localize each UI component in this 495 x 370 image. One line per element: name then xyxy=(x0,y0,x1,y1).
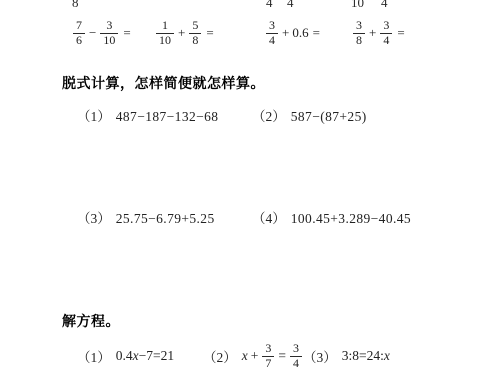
fraction-denominator: 6 xyxy=(73,33,85,47)
fraction: 3 4 xyxy=(380,19,392,46)
equation-problem-2: （2） x + 3 7 = 3 4 xyxy=(203,340,303,370)
operator-minus: − xyxy=(89,25,96,41)
fraction-numerator: 5 xyxy=(189,19,201,32)
section-heading-written-calculation: 脱式计算，怎样简便就怎样算。 xyxy=(62,75,265,92)
oral-problem-1: 7 6 − 3 10 = xyxy=(72,17,131,49)
fraction-denominator: 10 xyxy=(156,33,174,47)
equals-sign: = xyxy=(206,25,213,41)
fraction-numerator: 1 xyxy=(159,19,171,32)
problem-number: （1） xyxy=(77,109,111,124)
fraction-numerator: 7 xyxy=(73,19,85,32)
fraction-denominator: 8 xyxy=(189,33,201,47)
operator-plus: + xyxy=(282,25,289,41)
fraction-numerator: 3 xyxy=(103,19,115,32)
fraction: 7 6 xyxy=(73,19,85,46)
equals-sign: = xyxy=(313,25,320,41)
fraction: 3 7 xyxy=(262,342,274,369)
problem-number: （3） xyxy=(77,211,111,226)
fraction-denominator: 8 xyxy=(353,33,365,47)
ratio-expression: 3:8=24: xyxy=(342,348,384,364)
fraction-denominator: 4 xyxy=(266,33,278,47)
fraction-numerator: 3 xyxy=(266,19,278,32)
fraction: 3 8 xyxy=(353,19,365,46)
decimal-addend: 0.6 xyxy=(292,25,308,41)
oral-problem-4: 3 8 + 3 4 = xyxy=(352,17,405,49)
problem-expression: 100.45+3.289−40.45 xyxy=(291,211,411,226)
problem-number: （1） xyxy=(77,346,111,366)
equation-problem-1: （1） 0.4x−7=21 xyxy=(77,340,174,370)
written-problem-4: （4）100.45+3.289−40.45 xyxy=(252,211,411,227)
fraction-numerator: 3 xyxy=(290,342,302,355)
problem-expression: 25.75−6.79+5.25 xyxy=(116,211,215,226)
worksheet-page: 8 4 4 10 4 7 6 − 3 10 = 1 10 + 5 8 = 3 4 xyxy=(0,0,495,370)
section-heading-solve-equations: 解方程。 xyxy=(62,313,120,330)
oral-problem-2: 1 10 + 5 8 = xyxy=(155,17,214,49)
equation-rest: −7=21 xyxy=(139,348,174,364)
fraction: 3 4 xyxy=(266,19,278,46)
variable-x: x xyxy=(384,348,390,364)
problem-expression: 587−(87+25) xyxy=(291,109,367,124)
problem-number: （2） xyxy=(252,109,286,124)
fraction-denominator: 10 xyxy=(100,33,118,47)
operator-plus: + xyxy=(178,25,185,41)
cutoff-denominator: 4 xyxy=(381,0,388,9)
problem-expression: 487−187−132−68 xyxy=(116,109,219,124)
fraction: 3 4 xyxy=(290,342,302,369)
problem-number: （4） xyxy=(252,211,286,226)
fraction-denominator: 7 xyxy=(262,356,274,370)
problem-number: （2） xyxy=(203,346,237,366)
written-problem-1: （1）487−187−132−68 xyxy=(77,109,218,125)
fraction: 5 8 xyxy=(189,19,201,46)
written-problem-2: （2）587−(87+25) xyxy=(252,109,367,125)
equals-sign: = xyxy=(397,25,404,41)
fraction: 3 10 xyxy=(100,19,118,46)
cutoff-denominator: 10 xyxy=(351,0,364,9)
cutoff-denominator: 4 xyxy=(266,0,273,9)
fraction-numerator: 3 xyxy=(380,19,392,32)
fraction-denominator: 4 xyxy=(380,33,392,47)
fraction: 1 10 xyxy=(156,19,174,46)
equals-sign: = xyxy=(123,25,130,41)
fraction-denominator: 4 xyxy=(290,356,302,370)
fraction-numerator: 3 xyxy=(353,19,365,32)
operator-plus: + xyxy=(369,25,376,41)
variable-x: x xyxy=(242,348,248,364)
cutoff-denominator: 4 xyxy=(287,0,294,9)
cutoff-denominator: 8 xyxy=(72,0,79,9)
equation-coefficient: 0.4 xyxy=(116,348,133,364)
written-problem-3: （3）25.75−6.79+5.25 xyxy=(77,211,215,227)
problem-number: （3） xyxy=(303,346,337,366)
operator-plus: + xyxy=(251,348,259,364)
equation-problem-3: （3） 3:8=24:x xyxy=(303,340,390,370)
fraction-numerator: 3 xyxy=(262,342,274,355)
oral-problem-3: 3 4 + 0.6 = xyxy=(265,17,320,49)
equals-sign: = xyxy=(278,348,286,364)
